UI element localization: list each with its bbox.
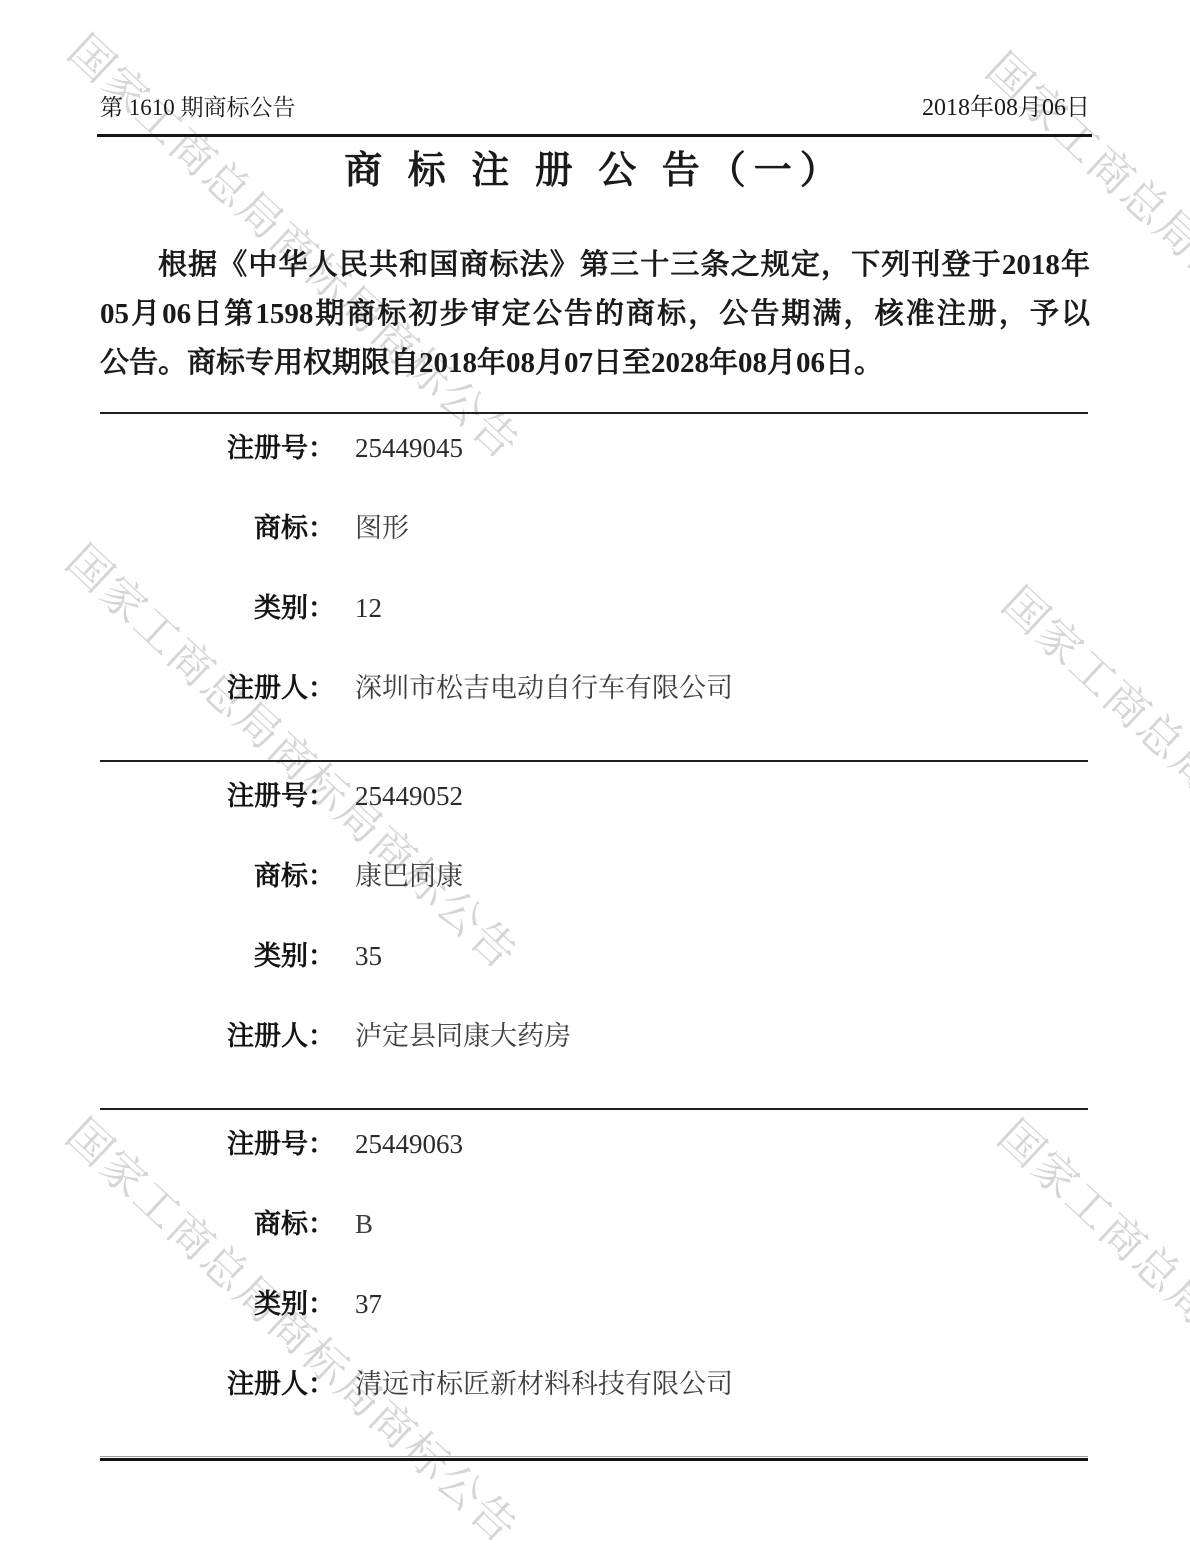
field-value: 25449063: [355, 1128, 463, 1160]
field-row-registrant: 注册人： 深圳市松吉电动自行车有限公司: [100, 672, 1090, 704]
field-row-reg-no: 注册号： 25449045: [100, 432, 1090, 464]
field-row-registrant: 注册人： 清远市标匠新材料科技有限公司: [100, 1368, 1090, 1400]
field-row-reg-no: 注册号： 25449063: [100, 1128, 1090, 1160]
intro-line: 05月06日第1598期商标初步审定公告的商标，公告期满，核准注册，予以: [100, 290, 1090, 339]
field-value: B: [355, 1208, 373, 1240]
field-row-reg-no: 注册号： 25449052: [100, 780, 1090, 812]
field-row-class: 类别： 12: [100, 592, 1090, 624]
field-value: 图形: [355, 512, 409, 544]
field-label: 注册号：: [100, 780, 335, 812]
field-label: 商标：: [100, 512, 335, 544]
page-header: 第 1610 期商标公告 2018年08月06日: [100, 94, 1090, 122]
gazette-page: 国家工商总局商标局商标公告 国家工商总局商标局商标公告 国家工商总局商标局商标公…: [0, 0, 1190, 1564]
field-row-registrant: 注册人： 泸定县同康大药房: [100, 1020, 1090, 1052]
field-label: 注册人：: [100, 1020, 335, 1052]
field-value: 泸定县同康大药房: [355, 1020, 571, 1052]
field-label: 类别：: [100, 1288, 335, 1320]
field-row-trademark: 商标： 图形: [100, 512, 1090, 544]
field-label: 注册号：: [100, 1128, 335, 1160]
record-section: 注册号： 25449063 商标： B 类别： 37 注册人： 清远市标匠新材料…: [100, 1110, 1090, 1456]
field-value: 12: [355, 592, 382, 624]
field-label: 注册号：: [100, 432, 335, 464]
page-title: 商 标 注 册 公 告（一）: [0, 147, 1190, 195]
field-value: 25449045: [355, 432, 463, 464]
field-label: 类别：: [100, 592, 335, 624]
field-row-class: 类别： 37: [100, 1288, 1090, 1320]
field-row-class: 类别： 35: [100, 940, 1090, 972]
header-rule: [97, 134, 1092, 137]
gazette-issue-label: 第 1610 期商标公告: [100, 94, 296, 122]
field-value: 25449052: [355, 780, 463, 812]
field-label: 注册人：: [100, 672, 335, 704]
field-label: 商标：: [100, 1208, 335, 1240]
intro-paragraph: 根据《中华人民共和国商标法》第三十三条之规定，下列刊登于2018年 05月06日…: [100, 241, 1090, 388]
field-label: 商标：: [100, 860, 335, 892]
intro-line: 根据《中华人民共和国商标法》第三十三条之规定，下列刊登于2018年: [100, 241, 1090, 290]
field-label: 注册人：: [100, 1368, 335, 1400]
intro-line: 公告。商标专用权期限自2018年08月07日至2028年08月06日。: [100, 339, 1090, 388]
field-row-trademark: 商标： B: [100, 1208, 1090, 1240]
field-row-trademark: 商标： 康巴同康: [100, 860, 1090, 892]
record-section: 注册号： 25449052 商标： 康巴同康 类别： 35 注册人： 泸定县同康…: [100, 762, 1090, 1108]
field-value: 35: [355, 940, 382, 972]
field-value: 37: [355, 1288, 382, 1320]
field-label: 类别：: [100, 940, 335, 972]
field-value: 深圳市松吉电动自行车有限公司: [355, 672, 733, 704]
gazette-date: 2018年08月06日: [922, 94, 1090, 122]
field-value: 康巴同康: [355, 860, 463, 892]
page-bottom-rule: [100, 1456, 1088, 1461]
field-value: 清远市标匠新材料科技有限公司: [355, 1368, 733, 1400]
page-content: 第 1610 期商标公告 2018年08月06日 商 标 注 册 公 告（一） …: [0, 94, 1190, 1461]
record-section: 注册号： 25449045 商标： 图形 类别： 12 注册人： 深圳市松吉电动…: [100, 414, 1090, 760]
